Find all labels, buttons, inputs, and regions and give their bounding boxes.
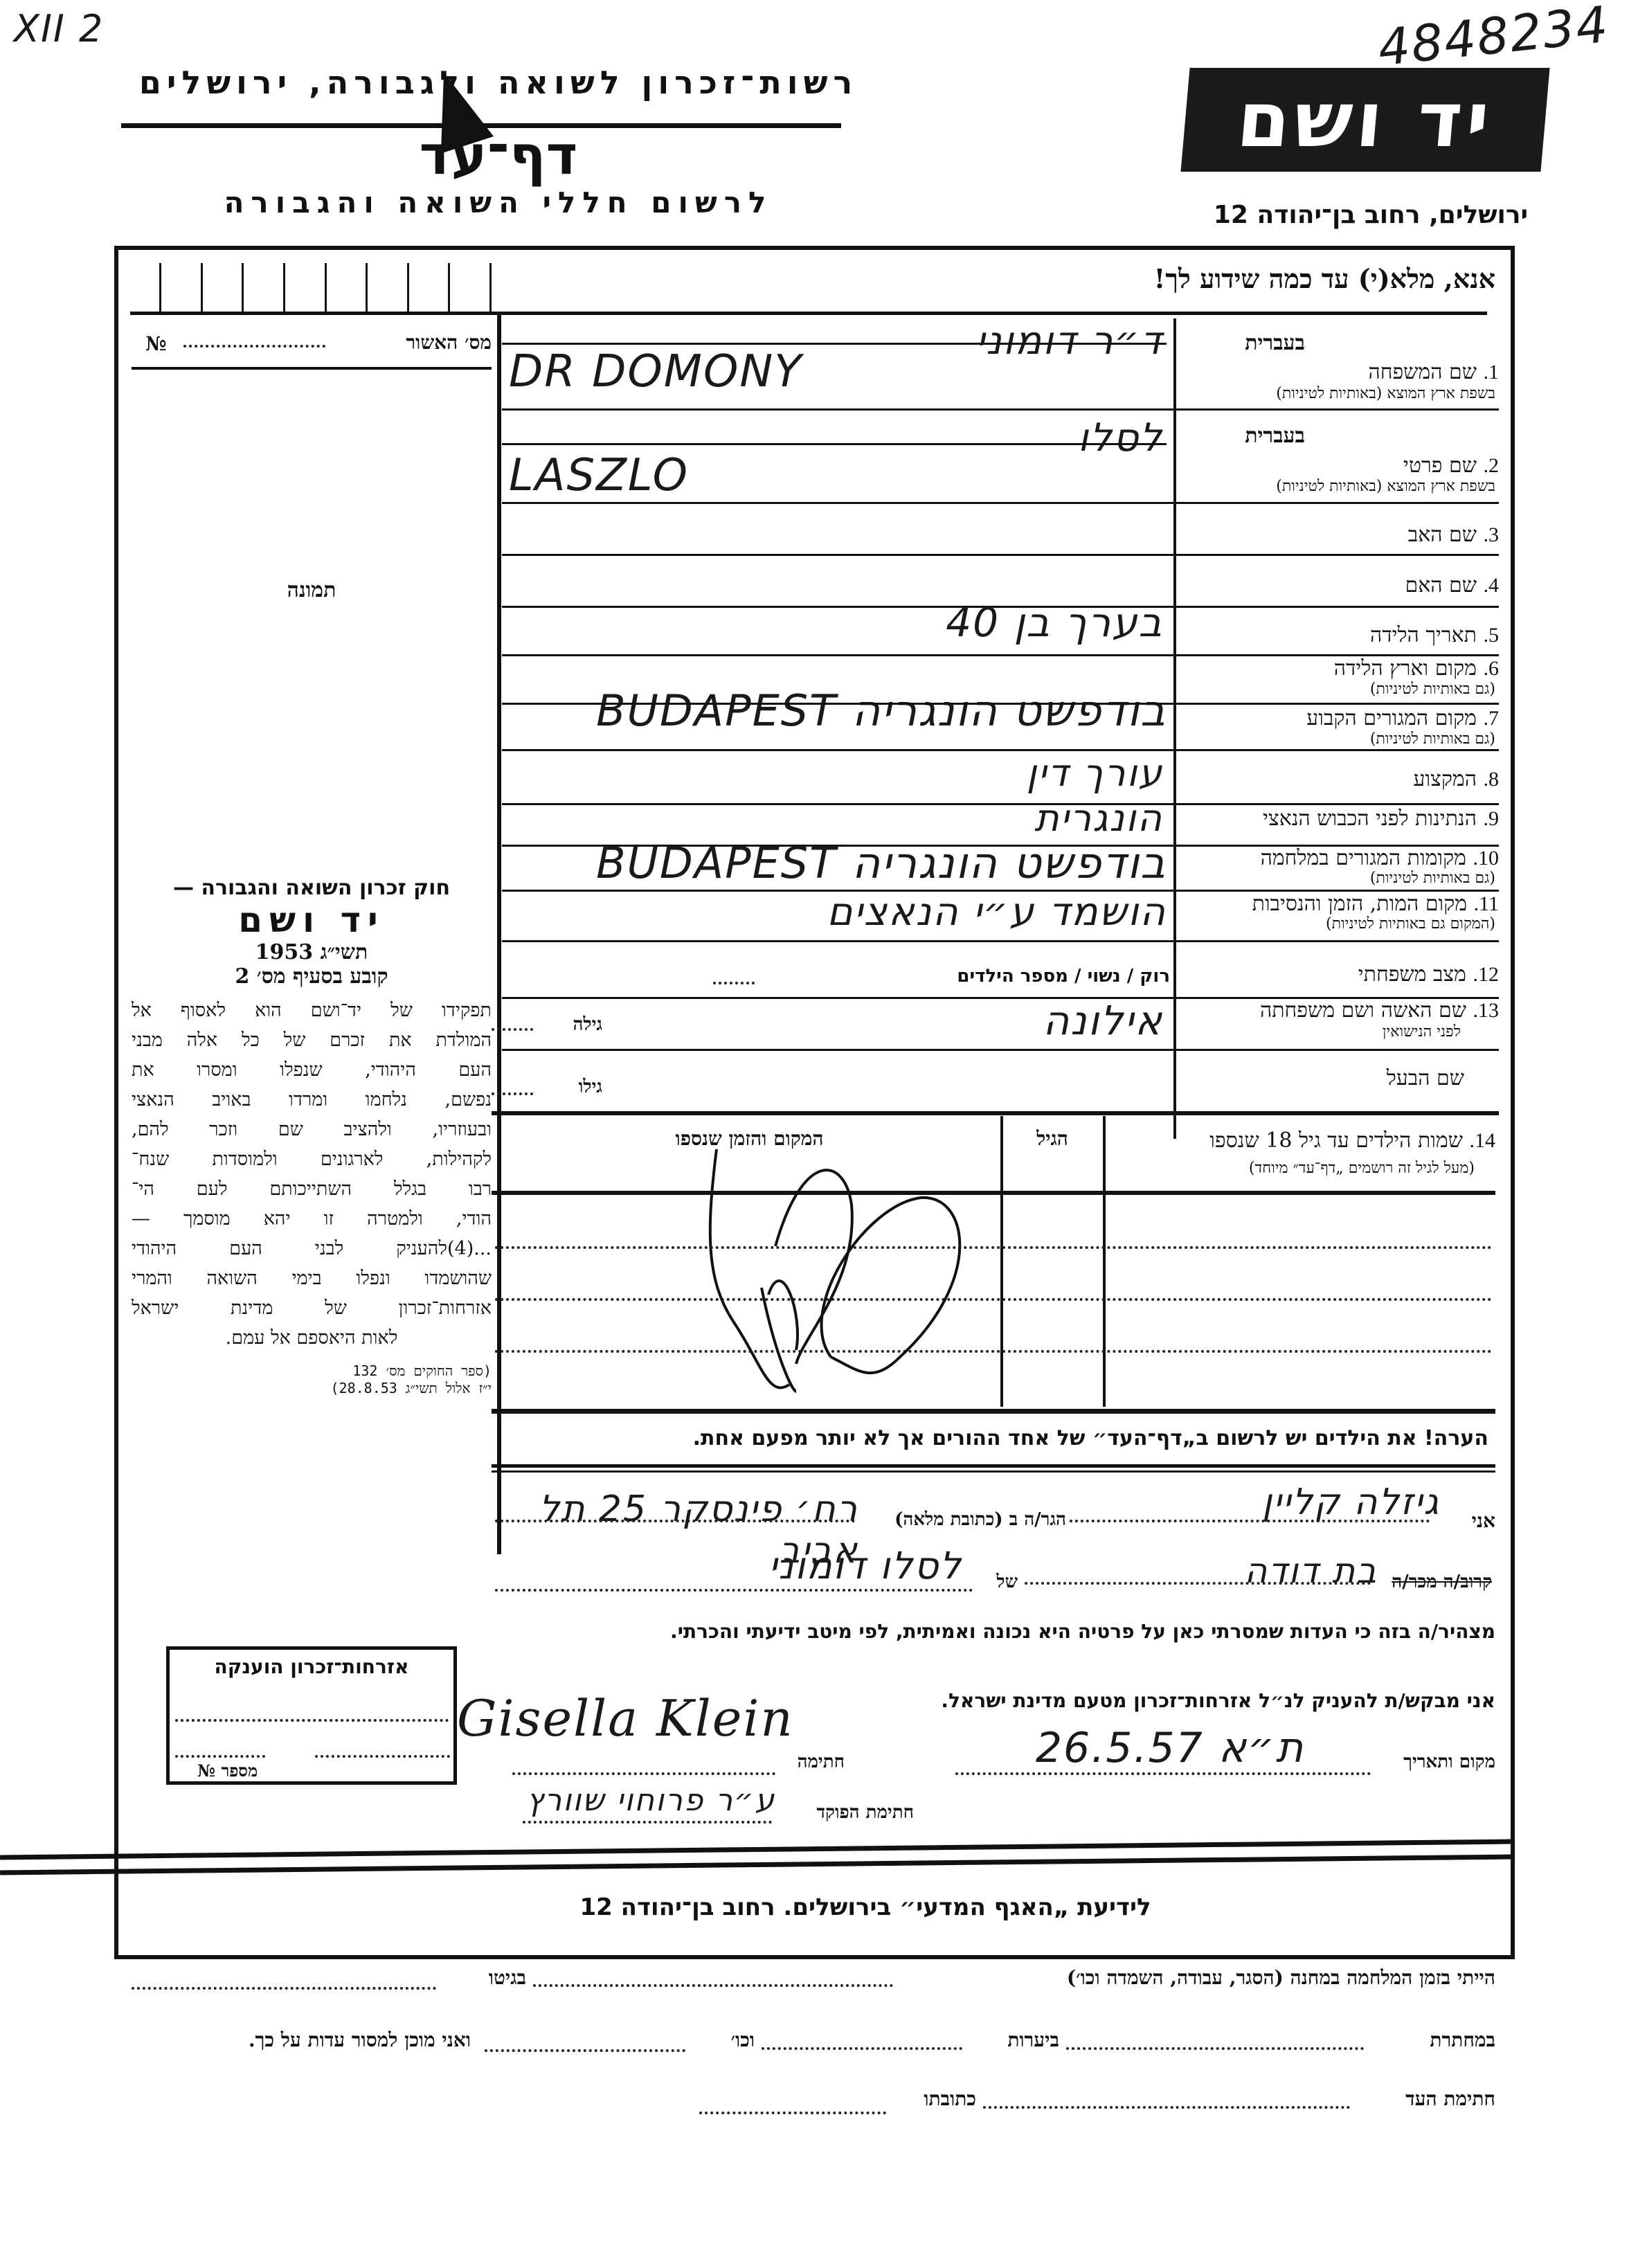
field-11-sub: (המקום גם באותיות לטיניות): [1180, 915, 1495, 933]
officer-signature-label: חתימת הפוקד: [775, 1802, 914, 1823]
subject-line: [495, 1589, 973, 1592]
field-5-label: 5. תאריך הלידה: [1184, 623, 1499, 648]
rule: [492, 1409, 1495, 1414]
rule: [492, 1111, 1499, 1115]
husband-age-label: גילו: [533, 1077, 602, 1097]
approval-number-field[interactable]: [183, 345, 325, 348]
relation-value[interactable]: בת דודה: [1073, 1551, 1378, 1591]
field-9-value[interactable]: הונגרית: [865, 796, 1163, 840]
field-1-value-hebrew[interactable]: ד״ר דומוני: [865, 318, 1163, 363]
rule: [502, 703, 1499, 705]
crossout-scribble: [692, 1128, 1025, 1405]
signature-value[interactable]: Gisella Klein: [457, 1689, 794, 1747]
header-address: ירושלים, רחוב בן־יהודה 12: [1191, 201, 1551, 229]
rule: [502, 1049, 1499, 1051]
field-10-value[interactable]: בודפשט הונגריה BUDAPEST: [485, 838, 1167, 888]
etc-field[interactable]: [485, 2049, 685, 2052]
signature-label: חתימה: [775, 1752, 845, 1772]
field-12-label: 12. מצב משפחתי: [1177, 962, 1499, 987]
declarant-name-line: [1070, 1520, 1430, 1522]
citizenship-box-title: אזרחות־זכרון הוענקה: [170, 1655, 453, 1678]
rule: [502, 343, 1167, 345]
field-2-label: 2. שם פרטי: [1184, 453, 1499, 478]
field-11-label: 11. מקום המות, הזמן והנסיבות: [1177, 892, 1499, 917]
relative-label: קרוב/ה מכר/ה: [1378, 1572, 1492, 1592]
rule: [502, 502, 1499, 504]
number-symbol: №: [145, 332, 166, 355]
of-label: של: [969, 1572, 1018, 1592]
field-1-value-latin[interactable]: DR DOMONY: [509, 346, 802, 397]
forests-field[interactable]: [762, 2047, 962, 2050]
subject-value[interactable]: לסלו דומוני: [485, 1544, 962, 1587]
note-text: הערה! את הילדים יש לרשום ב„דף־העד״ של אח…: [505, 1426, 1488, 1450]
footer-camp-label: הייתי בזמן המלחמה במחנה (הסגר, עבודה, הש…: [900, 1966, 1495, 1990]
rule: [492, 1464, 1495, 1468]
footer-forests-label: ביערות: [969, 2028, 1059, 2052]
law-text: תפקידו של יד־ושם הוא לאסוף אל המולדת את …: [132, 996, 492, 1353]
table-divider-name: [1103, 1116, 1106, 1407]
citizenship-request: אני מבקש/ת להעניק לנ״ל אזרחות־זכרון מטעם…: [775, 1689, 1495, 1712]
field-6-label: 6. מקום וארץ הלידה: [1184, 656, 1499, 681]
citizenship-box-line[interactable]: [175, 1719, 449, 1722]
field-8-value[interactable]: עורך דין: [865, 751, 1163, 795]
rule: [492, 1470, 1495, 1473]
instruction-text: אנא, מלא(י) עד כמה שידוע לך!: [900, 263, 1495, 295]
footer-witness-signature-label: חתימת העד: [1357, 2087, 1495, 2111]
children-header-name: 14. שמות הילדים עד גיל 18 שנספו: [1108, 1128, 1495, 1153]
footer-willing-label: ואני מוכן למסור עדות על כך.: [125, 2028, 471, 2052]
instruction-rule: [130, 312, 1487, 315]
address-label: הגר/ה ב (כתובת מלאה): [858, 1509, 1066, 1530]
organization-name: רשות־זכרון לשואה ולגבורה, ירושלים: [118, 64, 879, 101]
marital-status-options[interactable]: רוק / נשוי / מספר הילדים: [762, 966, 1170, 987]
rule: [502, 554, 1499, 556]
rule: [502, 408, 1499, 411]
field-1-sub: בשפת ארץ המוצא (באותיות לטיניות): [1180, 385, 1495, 403]
field-5-value[interactable]: בערך בן 40: [692, 599, 1163, 646]
signature-line: [512, 1772, 775, 1775]
rule: [502, 443, 1167, 445]
law-citation-2: י״ז אלול תשי״ג 28.8.53): [132, 1380, 492, 1397]
field-2-value-latin[interactable]: LASZLO: [509, 450, 689, 501]
footer-ghetto-label: בגיטו: [443, 1966, 526, 1990]
citizenship-number-label: מספר №: [197, 1761, 258, 1781]
law-year: תשי״ג 1953: [132, 940, 492, 964]
husband-name-label: שם הבעל: [1177, 1066, 1464, 1091]
field-2-sub: בשפת ארץ המוצא (באותיות לטיניות): [1180, 478, 1495, 496]
law-title: חוק זכרון השואה והגבורה —: [132, 876, 492, 900]
witness-address-field[interactable]: [699, 2112, 886, 2114]
footer-title: לידיעת „האגף המדעי״ בירושלים. רחוב בן־יה…: [485, 1893, 1246, 1921]
field-4-label: 4. שם האם: [1184, 573, 1499, 598]
field-6-value[interactable]: בודפשט הונגריה BUDAPEST: [485, 685, 1167, 736]
witness-signature-field[interactable]: [983, 2106, 1350, 2109]
citizenship-box: אזרחות־זכרון הוענקה מספר №: [166, 1646, 457, 1785]
rule: [502, 940, 1499, 942]
footer-underground-label: במחתרת: [1371, 2028, 1495, 2052]
approval-rule: [132, 367, 492, 370]
declarant-name[interactable]: גיזלה קליין: [1212, 1482, 1440, 1523]
field-13-label: 13. שם האשה ושם משפחתה: [1177, 998, 1499, 1023]
declaration-statement: מצהיר/ה בזה כי העדות שמסרתי כאן על פרטיה…: [498, 1620, 1495, 1643]
field-1-label: 1. שם המשפחה: [1184, 360, 1499, 385]
law-section: קובע בסעיף מס׳ 2: [132, 964, 492, 989]
field-13-value[interactable]: אילונה: [865, 997, 1163, 1044]
ghetto-field[interactable]: [132, 1987, 436, 1990]
husband-age-field[interactable]: [492, 1092, 533, 1095]
field-10-label: 10. מקומות המגורים במלחמה: [1177, 846, 1499, 871]
law-name: יד ושם: [132, 900, 492, 940]
citizenship-number-field[interactable]: [315, 1755, 450, 1758]
field-3-label: 3. שם האב: [1184, 523, 1499, 548]
photo-label: תמונה: [132, 578, 492, 602]
yad-vashem-logo: יד ושם: [1180, 68, 1549, 172]
field-8-label: 8. המקצוע: [1184, 767, 1499, 792]
field-6-sub: (גם באותיות לטיניות): [1180, 681, 1495, 699]
officer-line: [523, 1821, 772, 1824]
field-9-label: 9. הנתינות לפני הכבוש הנאצי: [1177, 807, 1499, 831]
children-header-note: (מעל לגיל זה רושמים „דף־עד״ מיוחד): [1108, 1160, 1475, 1178]
approval-label: מס׳ האשור: [332, 331, 492, 354]
form-subtitle: לרשום חללי השואה והגבורה: [118, 186, 879, 219]
footer-etc-label: וכו׳: [692, 2028, 755, 2052]
place-date-value[interactable]: ת״א 26.5.57: [962, 1724, 1378, 1772]
form-title: דף־עד: [118, 125, 879, 187]
corner-mark: XII 2: [14, 7, 104, 51]
labels-divider: [1173, 318, 1176, 1139]
place-date-line: [955, 1772, 1371, 1775]
camp-field[interactable]: [533, 1984, 893, 1987]
law-citation-1: (ספר החוקים מס׳ 132: [132, 1362, 492, 1380]
rule: [175, 1755, 265, 1758]
children-count-field[interactable]: [713, 982, 755, 984]
law-excerpt: חוק זכרון השואה והגבורה — יד ושם תשי״ג 1…: [132, 876, 492, 1397]
place-date-label: מקום ותאריך: [1385, 1752, 1495, 1772]
declarant-label: אני: [1440, 1509, 1495, 1533]
tick-marks: [159, 263, 492, 312]
officer-signature-value[interactable]: ע״ר פרוחוי שוורץ: [485, 1783, 775, 1818]
field-10-sub: (גם באותיות לטיניות): [1180, 870, 1495, 888]
field-2-value-hebrew[interactable]: לסלו: [865, 415, 1163, 460]
wife-age-label: גילה: [533, 1014, 602, 1035]
left-panel-divider: [497, 315, 501, 1554]
archive-number: 4848234: [1376, 0, 1612, 77]
underground-field[interactable]: [1066, 2047, 1364, 2050]
wife-age-field[interactable]: [492, 1028, 533, 1031]
address-line: [495, 1520, 855, 1522]
field-2-hebrew-label: בעברית: [1184, 424, 1305, 449]
field-7-label: 7. מקום המגורים הקבוע: [1184, 706, 1499, 731]
footer-address-label: כתובתו: [893, 2087, 976, 2111]
field-7-sub: (גם באותיות לטיניות): [1180, 730, 1495, 748]
relation-line: [1025, 1582, 1371, 1585]
field-13-sub: לפני הנישואין: [1180, 1023, 1461, 1041]
field-1-hebrew-label: בעברית: [1184, 331, 1305, 356]
field-11-value[interactable]: הושמד ע״י הנאצים: [692, 890, 1167, 935]
